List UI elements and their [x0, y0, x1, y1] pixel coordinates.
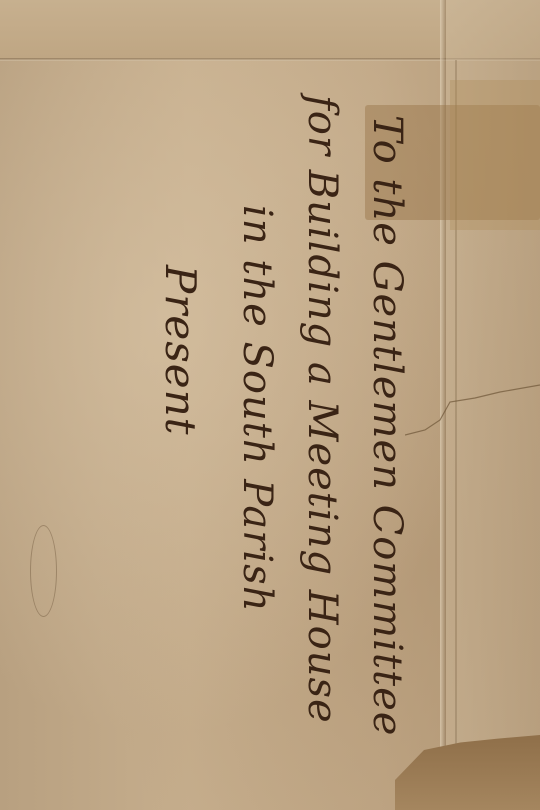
handwritten-address: To the Gentlemen Committee for Building … [120, 85, 420, 725]
faint-ink-mark [30, 525, 57, 617]
address-line-4: Present [156, 265, 205, 436]
tape-stain-secondary [450, 80, 540, 230]
address-line-3: in the South Parish [234, 205, 280, 612]
address-line-1: To the Gentlemen Committee [364, 115, 410, 736]
paper-crack [405, 380, 540, 440]
address-line-2: for Building a Meeting House [299, 95, 345, 724]
